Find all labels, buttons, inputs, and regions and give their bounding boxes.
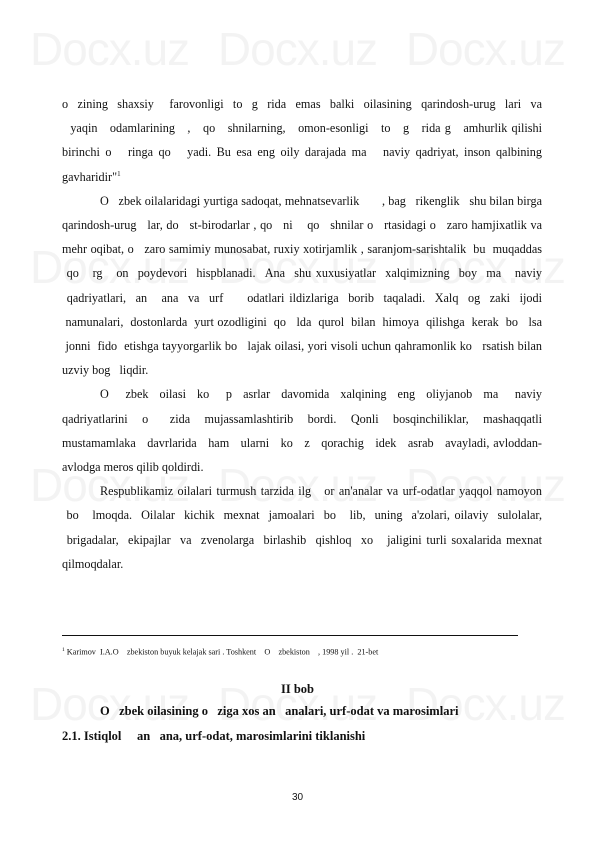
watermark: Docx.uz [218, 22, 377, 76]
watermark-row: Docx.uz Docx.uz Docx.uz [0, 22, 595, 76]
footnote-separator [62, 635, 518, 636]
document-body: o zining shaxsiy farovonligi to g rida e… [62, 92, 542, 576]
paragraph-2: O zbek oilalaridagi yurtiga sadoqat, meh… [62, 189, 542, 383]
paragraph-text: o zining shaxsiy farovonligi to g rida e… [62, 97, 542, 184]
watermark: Docx.uz [406, 22, 565, 76]
footnote: 1 Karimov I.A.O zbekiston buyuk kelajak … [62, 644, 378, 659]
section-heading: 2.1. Istiqlol an ana, urf-odat, marosiml… [62, 729, 365, 744]
paragraph-4: Respublikamiz oilalari turmush tarzida i… [62, 479, 542, 576]
chapter-heading: II bob [0, 682, 595, 697]
footnote-reference[interactable]: 1 [117, 170, 121, 178]
page-number: 30 [0, 792, 595, 803]
paragraph-3: O zbek oilasi ko p asrlar davomida xalqi… [62, 382, 542, 479]
paragraph-1: o zining shaxsiy farovonligi to g rida e… [62, 92, 542, 189]
watermark: Docx.uz [30, 22, 189, 76]
chapter-title: O zbek oilasining o ziga xos an analari,… [100, 704, 458, 719]
footnote-text: Karimov I.A.O zbekiston buyuk kelajak sa… [65, 648, 379, 657]
